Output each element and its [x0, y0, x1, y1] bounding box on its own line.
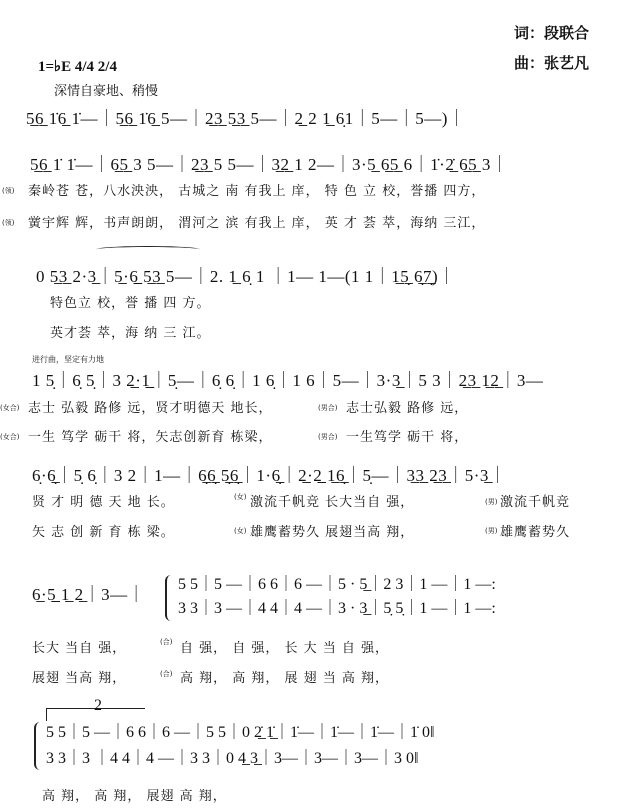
voice-label: (男合) — [318, 432, 337, 442]
voice-label: (女) — [234, 526, 246, 536]
voice-label: (男) — [485, 526, 497, 536]
lyrics-line: 高 翔， 高 翔， 展翅 高 翔， — [42, 785, 227, 804]
voice-label: (女) — [234, 492, 246, 502]
lyrics-line: 展翅 当高 翔， — [32, 667, 126, 686]
notes-system-2: 5̲6̲ 1̇ 1̇—｜6̲5̲ 3 5—｜2̲3̲ 5 5—｜3̲2̲ 1 2… — [30, 150, 508, 175]
part-lower: 3 3｜3 ｜4 4｜4 —｜3 3｜0 4̲ 3̲｜3—｜3—｜3—｜3 0‖ — [46, 748, 419, 770]
voice-label: (合) — [160, 669, 172, 679]
lyrics-line: 雄鹰蓄势久 展翅当高 翔， — [250, 521, 414, 540]
lyrics-line: 特色立 校，誉 播 四 方。 — [50, 292, 211, 311]
lyrics-line: 长大 当自 强， — [32, 637, 126, 656]
notes-system-1: 5̲6̲ 1̇6̲ 1̇—｜5̲6̲ 1̇6̲ 5—｜2̲3̲ 5̲3̲ 5—｜… — [26, 104, 465, 129]
part-upper: 5 5｜5 —｜6 6｜6 —｜5 · 5̲｜2 3｜1 —｜1 —: — [178, 574, 496, 596]
lyrics-line: 雄鹰蓄势久 — [500, 521, 570, 540]
part-lower: 3 3｜3 —｜4 4｜4 —｜3 · 3̲｜5̣ 5̣｜1 —｜1 —: — [178, 598, 496, 620]
lyricist-credit: 词：段联合 — [514, 22, 589, 43]
tempo-mark-intro: 深情自豪地、稍慢 — [54, 80, 158, 99]
lyrics-line: 志士弘毅 路修 远， — [346, 397, 468, 416]
voice-label: (领) — [2, 186, 14, 196]
lyrics-line: 秦岭苍 苍，八水泱泱， 古城之 南 有我上 庠， 特 色 立 校，誉播 四方， — [28, 180, 485, 199]
part-brace — [34, 722, 42, 770]
voice-label: (女合) — [0, 403, 19, 413]
notes-system-5: 6̣·6̣̲｜5̣ 6̣｜3 2｜1—｜6̣̲6̣̲ 5̣̲6̣̲｜1·6̣̲｜… — [32, 461, 506, 486]
lyrics-line: 一生笃学 砺干 将， — [346, 426, 468, 445]
composer-credit: 曲：张艺凡 — [514, 52, 589, 73]
lyrics-line: 英才荟 萃，海 纳 三 江。 — [50, 322, 211, 341]
voice-label: (女合) — [0, 432, 19, 442]
lyrics-line: 贤 才 明 德 天 地 长。 — [32, 491, 175, 510]
part-upper: 5 5｜5 —｜6 6｜6 —｜5 5｜0 2̲̇ 1̲̇｜1̇—｜1̇—｜1̇… — [46, 722, 435, 744]
lyrics-line: 激流千帆竞 — [500, 491, 570, 510]
lyrics-line: 矢 志 创 新 育 栋 梁。 — [32, 521, 175, 540]
slur — [96, 246, 200, 253]
lyrics-line: 黉宇辉 辉，书声朗朗， 渭河之 滨 有我上 庠， 英 才 荟 萃，海纳 三江， — [28, 212, 485, 231]
lyrics-line: 志士 弘毅 路修 远，贤才明德天 地长， — [28, 397, 273, 416]
tempo-mark-march: 进行曲，坚定有力地 — [32, 354, 104, 365]
key-signature: 1=♭E 4/4 2/4 — [38, 57, 117, 76]
voice-label: (合) — [160, 637, 172, 647]
voice-label: (领) — [2, 218, 14, 228]
lyrics-line: 一生 笃学 砺干 将，矢志创新育 栋梁， — [28, 426, 273, 445]
volta-number: 2 — [94, 697, 102, 715]
notes-system-3: 0 5̲3̲ 2·3̲｜5̲·6̲̲ 5̲3̲ 5—｜2. 1̲ 6̣ 1 ｜1… — [36, 262, 456, 287]
voice-label: (男) — [485, 497, 497, 507]
lyrics-line: 激流千帆竞 长大当自 强， — [250, 491, 414, 510]
part-brace — [165, 575, 173, 621]
notes-system-4: 1 5̣｜6̣ 5̣｜3 2̲·1̲̲｜5̣—｜6̣ 6̣｜1 6̣｜1 6｜5… — [32, 366, 543, 391]
lyrics-line: 自 强， 自 强， 长 大 当 自 强， — [180, 637, 389, 656]
lyrics-line: 高 翔， 高 翔， 展 翅 当 高 翔， — [180, 667, 389, 686]
voice-label: (男合) — [318, 403, 337, 413]
notes-system-6-lead: 6̲·5̲̲ 1̲ 2̲｜3—｜ — [32, 580, 145, 605]
